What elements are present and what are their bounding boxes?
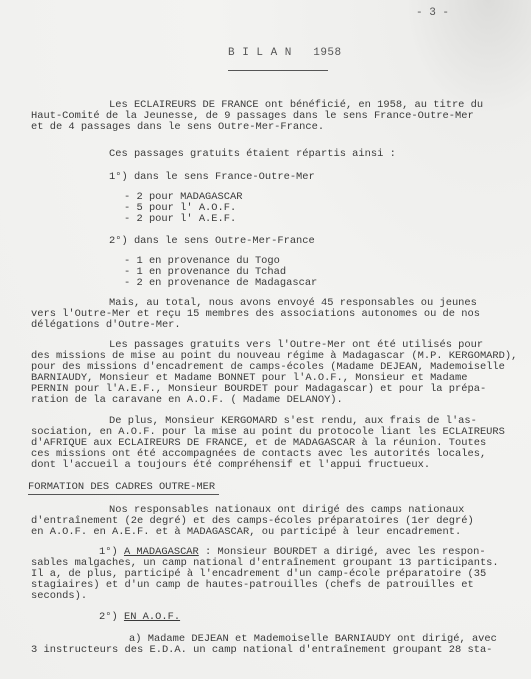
text-line: délégations d'Outre-Mer. [31,320,181,331]
paragraph-distribution: Ces passages gratuits étaient répartis a… [109,149,396,160]
title-underline [228,70,328,72]
text-line: et de 4 passages dans le sens Outre-Mer-… [31,122,324,133]
text-line: stagiaires) et d'un camp de hautes-patro… [31,580,474,591]
text-line: dont l'accueil a toujours été compréhens… [31,460,430,471]
text-line: seconds). [31,591,87,602]
text-line: en A.O.F. en A.E.F. et à MADAGASCAR, ou … [31,527,461,538]
document-title: B I L A N 1958 [228,48,342,59]
section-heading-underline [28,494,219,496]
list-item: - 2 en provenance de Madagascar [124,278,317,289]
text-line: ration de la caravane en A.O.F. ( Madame… [31,395,343,406]
subsection-aof: 2°) EN A.O.F. [99,612,180,623]
list-heading-outremer-france: 2°) dans le sens Outre-Mer-France [109,236,315,247]
document-page: - 3 - B I L A N 1958 Les ECLAIREURS DE F… [0,0,531,679]
section-heading: FORMATION DES CADRES OUTRE-MER [28,482,215,493]
text-line: 3 instructeurs des E.D.A. un camp nation… [31,645,492,656]
list-item: - 2 pour l' A.E.F. [124,214,236,225]
subsection-title: EN A.O.F. [124,611,180,623]
page-number: - 3 - [416,8,449,19]
list-heading-france-outremer: 1°) dans le sens France-Outre-Mer [109,172,315,183]
subsection-number: 2°) [99,611,124,623]
